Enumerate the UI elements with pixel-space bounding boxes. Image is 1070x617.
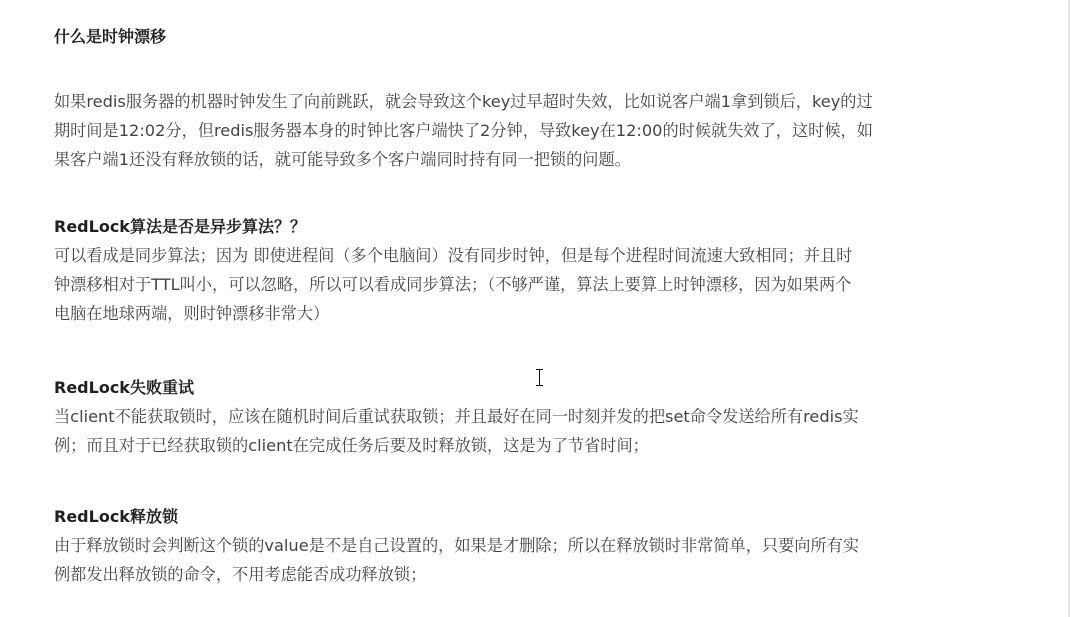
paragraph: 当client不能获取锁时，应该在随机时间后重试获取锁；并且最好在同一时刻并发的… [54, 402, 1014, 460]
text-line: 当client不能获取锁时，应该在随机时间后重试获取锁；并且最好在同一时刻并发的… [54, 402, 1014, 431]
section-redlock-retry: RedLock失败重试 当client不能获取锁时，应该在随机时间后重试获取锁；… [54, 377, 1014, 460]
text-line: 如果redis服务器的机器时钟发生了向前跳跃，就会导致这个key过早超时失效，比… [54, 87, 1014, 116]
text-line: 果客户端1还没有释放锁的话，就可能导致多个客户端同时持有同一把锁的问题。 [54, 145, 1014, 174]
section-redlock-release: RedLock释放锁 由于释放锁时会判断这个锁的value是不是自己设置的，如果… [54, 506, 1014, 589]
paragraph: 由于释放锁时会判断这个锁的value是不是自己设置的，如果是才删除；所以在释放锁… [54, 531, 1014, 589]
text-line: 期时间是12:02分，但redis服务器本身的时钟比客户端快了2分钟，导致key… [54, 116, 1014, 145]
section-heading: 什么是时钟漂移 [54, 26, 1014, 48]
section-redlock-async: RedLock算法是否是异步算法？？ 可以看成是同步算法；因为 即使进程间（多个… [54, 216, 1014, 328]
text-line: 钟漂移相对于TTL叫小，可以忽略，所以可以看成同步算法；（不够严谨，算法上要算上… [54, 270, 1014, 299]
section-clock-drift-body: 如果redis服务器的机器时钟发生了向前跳跃，就会导致这个key过早超时失效，比… [54, 87, 1014, 174]
text-line: 例都发出释放锁的命令，不用考虑能否成功释放锁； [54, 560, 1014, 589]
paragraph: 可以看成是同步算法；因为 即使进程间（多个电脑间）没有同步时钟，但是每个进程时间… [54, 241, 1014, 328]
section-heading: RedLock失败重试 [54, 377, 1014, 399]
section-heading: RedLock算法是否是异步算法？？ [54, 216, 1014, 238]
text-line: 由于释放锁时会判断这个锁的value是不是自己设置的，如果是才删除；所以在释放锁… [54, 531, 1014, 560]
text-line: 电脑在地球两端，则时钟漂移非常大） [54, 299, 1014, 328]
text-line: 例；而且对于已经获取锁的client在完成任务后要及时释放锁，这是为了节省时间； [54, 431, 1014, 460]
section-clock-drift: 什么是时钟漂移 [54, 26, 1014, 48]
text-cursor-icon [535, 369, 544, 386]
paragraph: 如果redis服务器的机器时钟发生了向前跳跃，就会导致这个key过早超时失效，比… [54, 87, 1014, 174]
document-page: 什么是时钟漂移 如果redis服务器的机器时钟发生了向前跳跃，就会导致这个key… [0, 0, 1066, 617]
section-heading: RedLock释放锁 [54, 506, 1014, 528]
text-line: 可以看成是同步算法；因为 即使进程间（多个电脑间）没有同步时钟，但是每个进程时间… [54, 241, 1014, 270]
